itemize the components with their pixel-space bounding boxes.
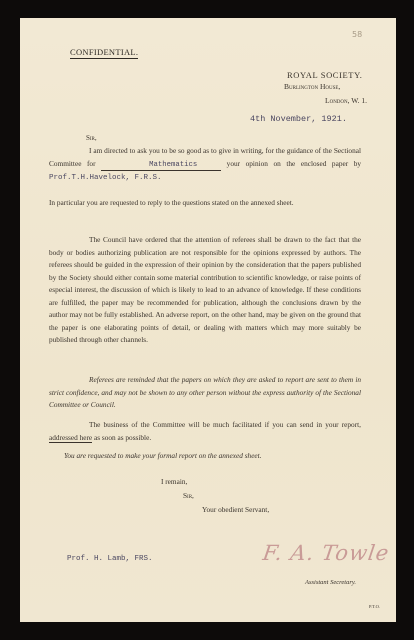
closing-line-1: I remain, bbox=[161, 477, 187, 486]
salutation: Sir, bbox=[86, 134, 97, 142]
signatory-title: Assistant Secretary. bbox=[305, 579, 356, 586]
folio-number: 58 bbox=[352, 30, 362, 39]
handwritten-signature: F. A. Towle bbox=[261, 541, 391, 565]
paper-author-field: Prof.T.H.Havelock, F.R.S. bbox=[49, 174, 162, 182]
formal-report-note: You are requested to make your formal re… bbox=[64, 450, 354, 463]
letter-date: 4th November, 1921. bbox=[250, 114, 347, 124]
paragraph-confidence-notice: Referees are reminded that the papers on… bbox=[49, 374, 361, 412]
paragraph-business: The business of the Committee will be mu… bbox=[49, 419, 361, 444]
paragraph-questions: In particular you are requested to reply… bbox=[49, 197, 361, 210]
confidential-heading: CONFIDENTIAL. bbox=[70, 47, 138, 59]
closing-line-3: Your obedient Servant, bbox=[202, 505, 269, 514]
business-text-2: as soon as possible. bbox=[94, 433, 151, 442]
addressee: Prof. H. Lamb, FRS. bbox=[67, 555, 153, 563]
letterhead-address-line1: Burlington House, bbox=[284, 82, 340, 91]
committee-field: Mathematics bbox=[101, 161, 221, 171]
letter-page: 58 CONFIDENTIAL. ROYAL SOCIETY. Burlingt… bbox=[20, 18, 396, 622]
business-text-1: The business of the Committee will be mu… bbox=[89, 420, 361, 429]
paragraph-council: The Council have ordered that the attent… bbox=[49, 234, 361, 347]
request-text-2: your opinion on the enclosed paper by bbox=[227, 159, 361, 168]
paragraph-request: I am directed to ask you to be so good a… bbox=[49, 145, 361, 184]
addressed-here-underlined: addressed here bbox=[49, 433, 92, 443]
letterhead-organization: ROYAL SOCIETY. bbox=[287, 70, 362, 80]
letterhead-address-line2: London, W. 1. bbox=[325, 96, 367, 105]
closing-line-2: Sir, bbox=[183, 491, 194, 500]
pto-note: P.T.O. bbox=[369, 604, 380, 609]
